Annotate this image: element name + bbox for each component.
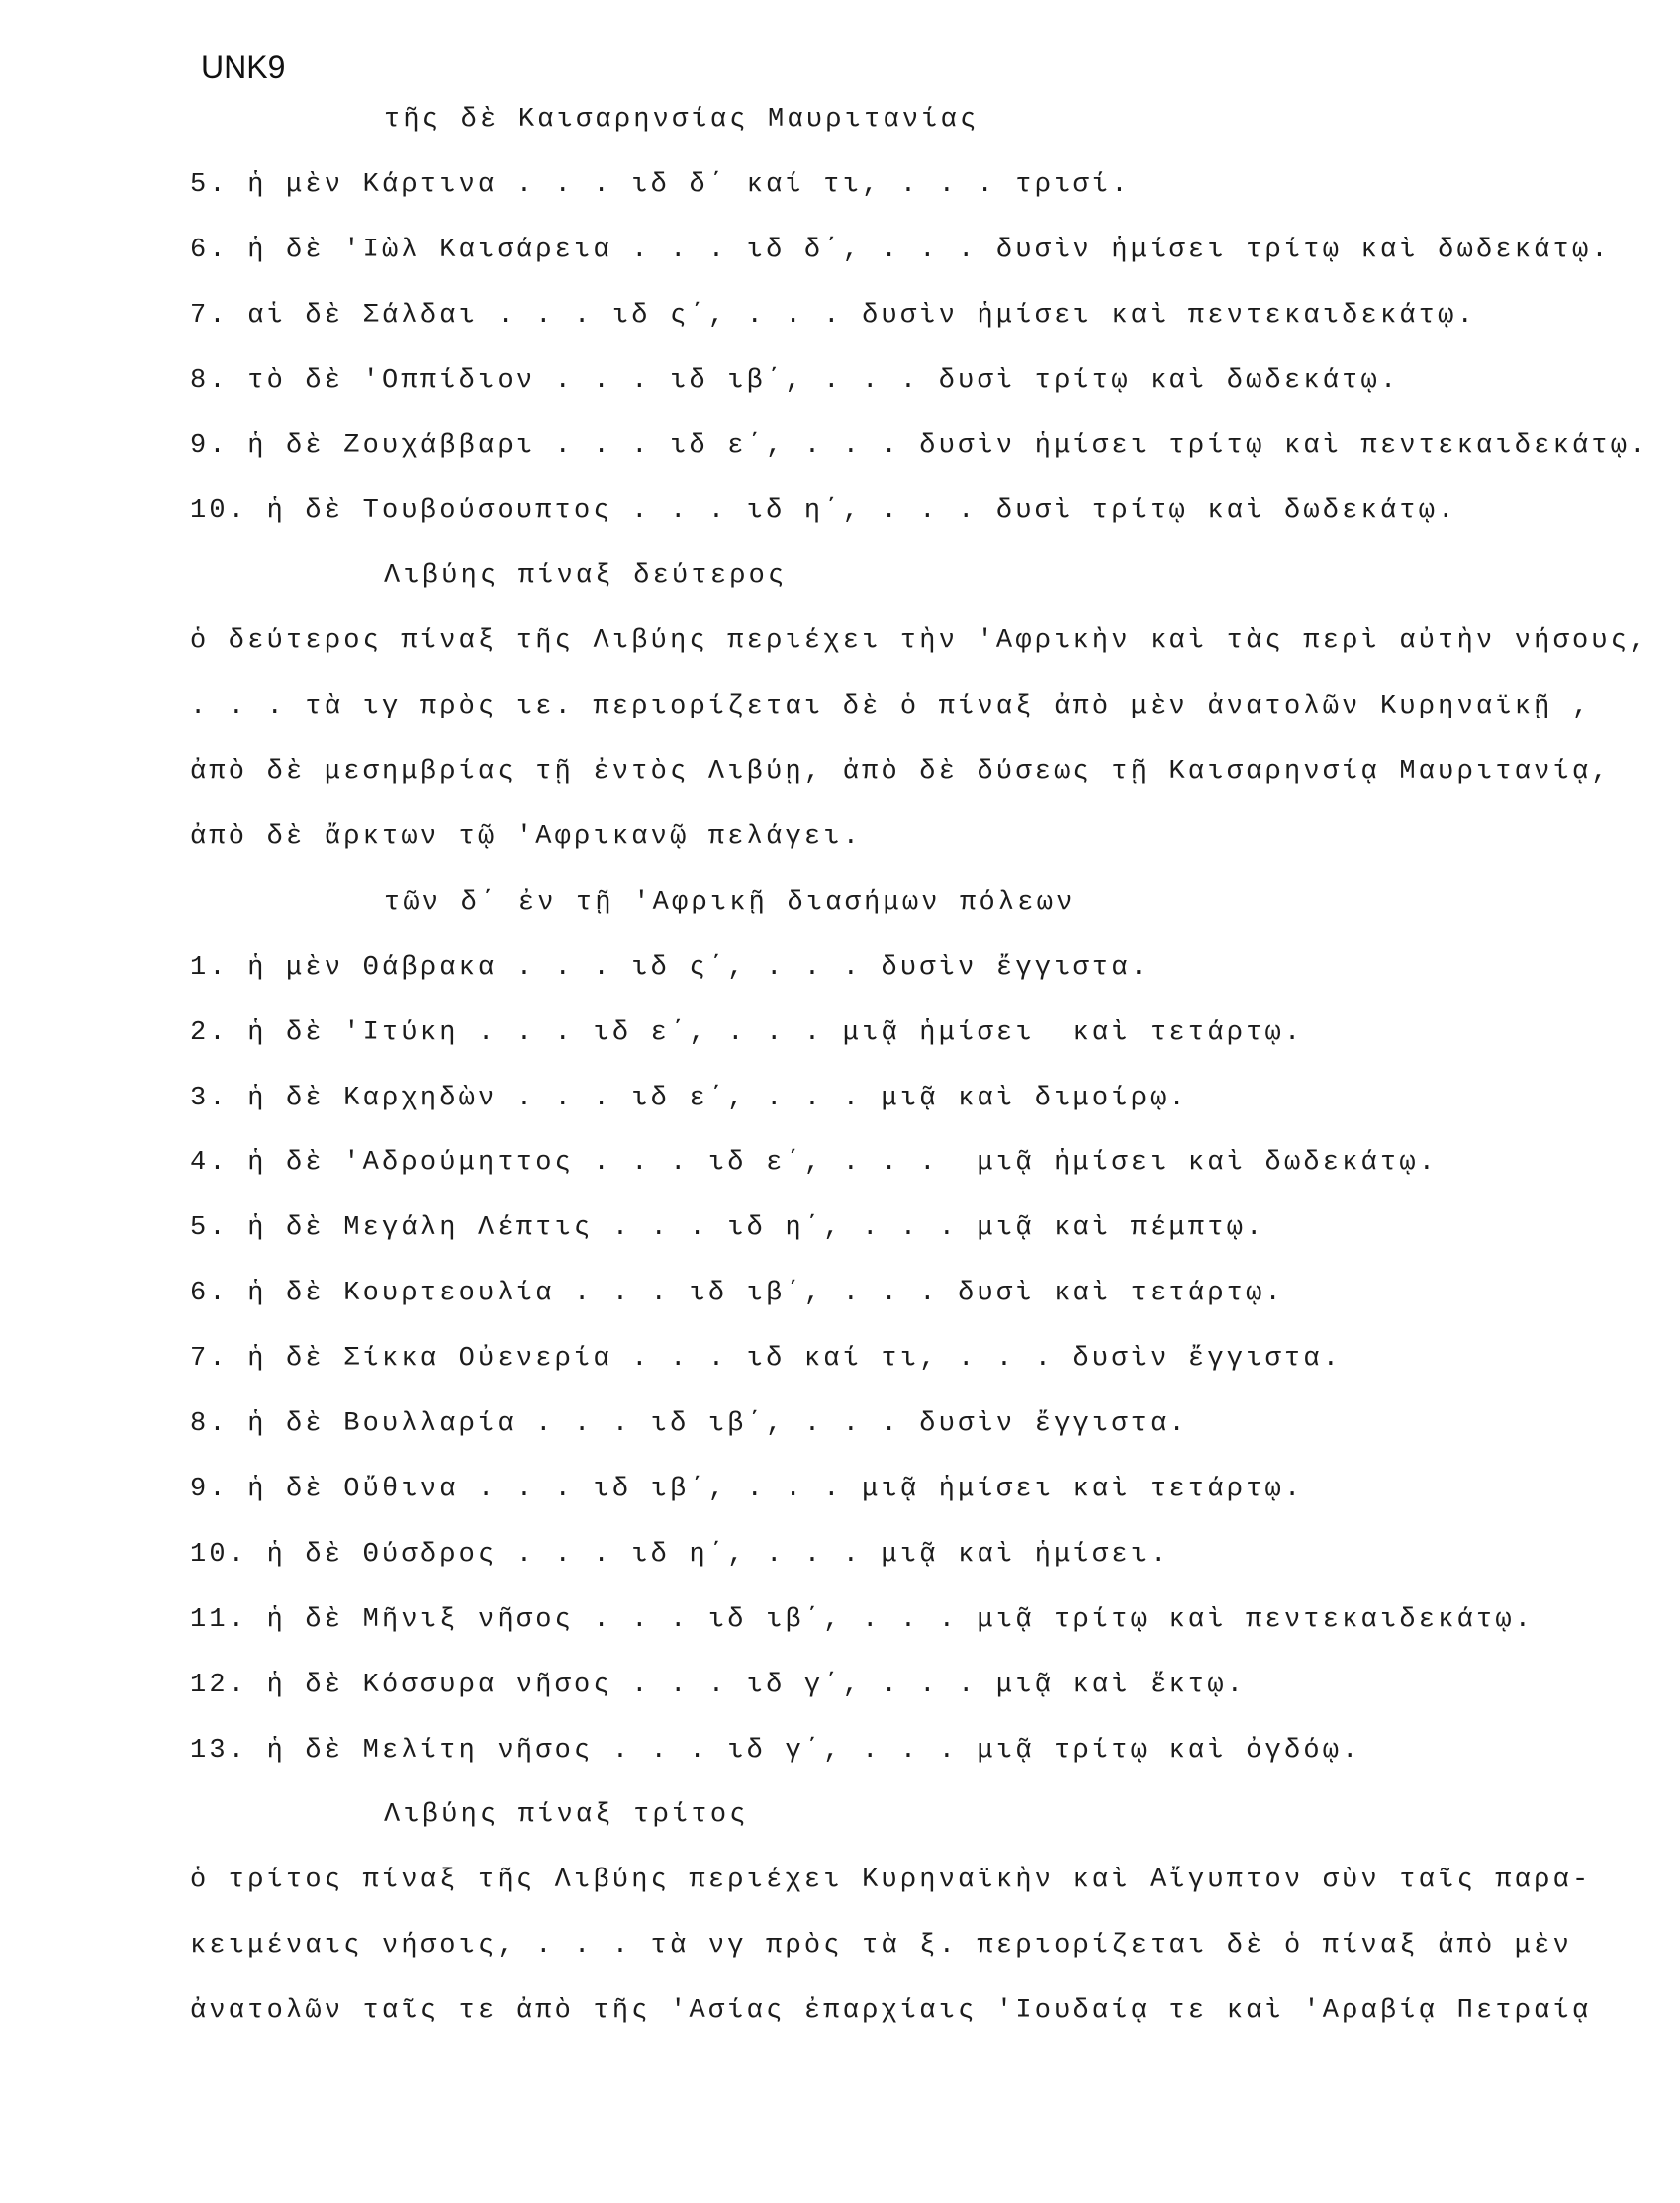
city-entry-line: 2. ἡ δὲ 'Ιτύκη . . . ιδ ε΄, . . . μιᾷ ἡμ… [190, 1015, 1303, 1051]
city-entry-line: 6. ἡ δὲ Κουρτεουλία . . . ιδ ιβ΄, . . . … [190, 1276, 1284, 1311]
section-heading: τῆς δὲ Καισαρηνσίας Μαυριτανίας [384, 102, 979, 138]
section-heading: Λιβύης πίναξ τρίτος [384, 1797, 749, 1833]
city-entry-line: 9. ἡ δὲ Οὔθινα . . . ιδ ιβ΄, . . . μιᾷ ἡ… [190, 1472, 1303, 1507]
paragraph-line: ἀνατολῶν ταῖς τε ἀπὸ τῆς 'Ασίας ἐπαρχίαι… [190, 1993, 1591, 2029]
city-entry-line: 13. ἡ δὲ Μελίτη νῆσος . . . ιδ γ΄, . . .… [190, 1733, 1361, 1769]
paragraph-line: ἀπὸ δὲ ἄρκτων τῷ 'Αφρικανῷ πελάγει. [190, 819, 862, 855]
paragraph-line: ἀπὸ δὲ μεσημβρίας τῇ ἐντὸς Λιβύῃ, ἀπὸ δὲ… [190, 754, 1611, 790]
city-entry-line: 4. ἡ δὲ 'Αδρούμηττος . . . ιδ ε΄, . . . … [190, 1145, 1438, 1181]
paragraph-line: ὁ τρίτος πίναξ τῆς Λιβύης περιέχει Κυρην… [190, 1863, 1591, 1898]
city-entry-line: 7. ἡ δὲ Σίκκα Οὐενερία . . . ιδ καί τι, … [190, 1341, 1342, 1377]
paragraph-line: . . . τὰ ιγ πρὸς ιε. περιορίζεται δὲ ὁ π… [190, 689, 1591, 724]
document-label: UNK9 [201, 49, 285, 86]
city-entry-line: 8. τὸ δὲ 'Οππίδιον . . . ιδ ιβ΄, . . . δ… [190, 363, 1399, 399]
city-entry-line: 8. ἡ δὲ Βουλλαρία . . . ιδ ιβ΄, . . . δυ… [190, 1406, 1188, 1442]
paragraph-line: ὁ δεύτερος πίναξ τῆς Λιβύης περιέχει τὴν… [190, 623, 1649, 659]
city-entry-line: 6. ἡ δὲ 'Ιὼλ Καισάρεια . . . ιδ δ΄, . . … [190, 233, 1611, 268]
section-heading: τῶν δ΄ ἐν τῇ 'Αφρικῇ διασήμων πόλεων [384, 885, 1075, 920]
city-entry-line: 5. ἡ δὲ Μεγάλη Λέπτις . . . ιδ η΄, . . .… [190, 1210, 1265, 1246]
paragraph-line: κειμέναις νήσοις, . . . τὰ νγ πρὸς τὰ ξ.… [190, 1928, 1572, 1964]
section-heading: Λιβύης πίναξ δεύτερος [384, 558, 787, 594]
city-entry-line: 12. ἡ δὲ Κόσσυρα νῆσος . . . ιδ γ΄, . . … [190, 1668, 1246, 1703]
city-entry-line: 9. ἡ δὲ Ζουχάββαρι . . . ιδ ε΄, . . . δυ… [190, 429, 1649, 464]
city-entry-line: 5. ἡ μὲν Κάρτινα . . . ιδ δ΄ καί τι, . .… [190, 167, 1131, 203]
city-entry-line: 10. ἡ δὲ Θύσδρος . . . ιδ η΄, . . . μιᾷ … [190, 1537, 1169, 1573]
city-entry-line: 3. ἡ δὲ Καρχηδὼν . . . ιδ ε΄, . . . μιᾷ … [190, 1081, 1188, 1116]
city-entry-line: 10. ἡ δὲ Τουβούσουπτος . . . ιδ η΄, . . … [190, 493, 1457, 528]
city-entry-line: 1. ἡ μὲν Θάβρακα . . . ιδ ς΄, . . . δυσὶ… [190, 950, 1150, 986]
city-entry-line: 11. ἡ δὲ Μῆνιξ νῆσος . . . ιδ ιβ΄, . . .… [190, 1602, 1534, 1638]
city-entry-line: 7. αἱ δὲ Σάλδαι . . . ιδ ς΄, . . . δυσὶν… [190, 298, 1476, 334]
